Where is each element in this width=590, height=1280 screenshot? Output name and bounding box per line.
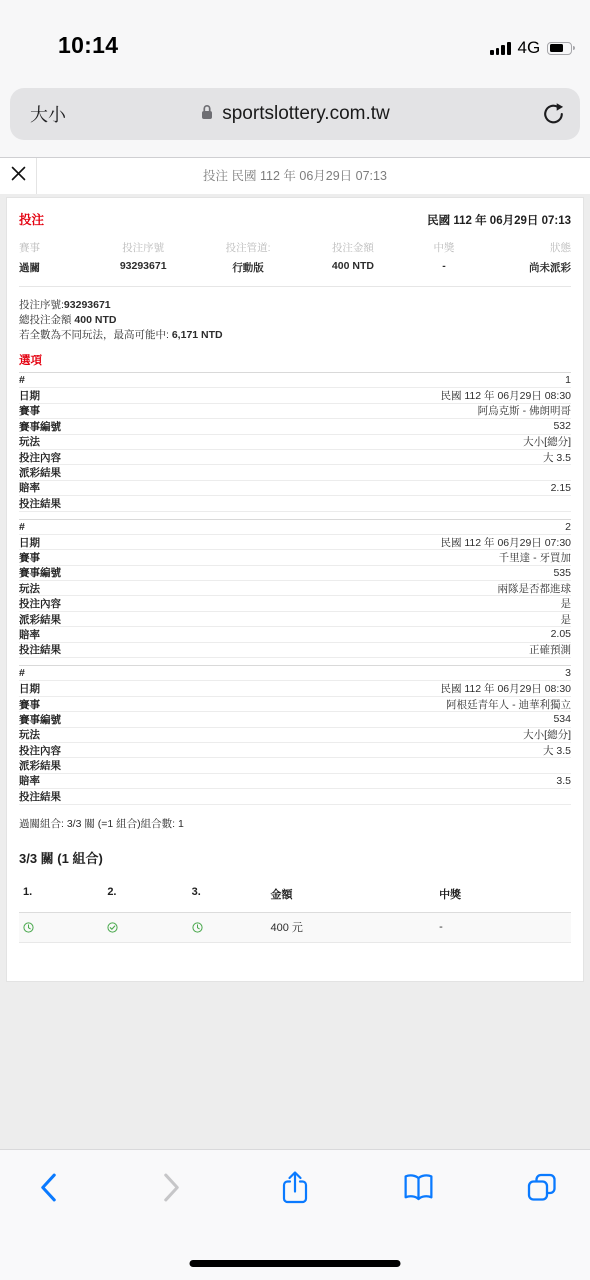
network-type-label: 4G	[518, 38, 541, 58]
selection-row: 派彩結果	[19, 758, 571, 773]
selection-row: 賽事阿烏克斯 - 佛朗明哥	[19, 404, 571, 419]
selection-row-label: #	[19, 374, 25, 386]
selection-row-value: 是	[561, 596, 572, 611]
selection-row-value: 民國 112 年 06月29日 07:30	[440, 535, 571, 550]
chevron-left-icon	[38, 1171, 59, 1209]
safari-top-chrome: 10:14 4G 大小 sportslottery.com.tw	[0, 0, 590, 158]
selection-row: 賽事編號534	[19, 712, 571, 727]
selection-row: 日期民國 112 年 06月29日 07:30	[19, 535, 571, 550]
selection-row-value: 2.05	[551, 628, 571, 640]
combo-column-header: 中獎	[439, 886, 567, 902]
chevron-right-icon	[161, 1171, 182, 1209]
lock-icon	[200, 103, 214, 126]
selection-row: #1	[19, 373, 571, 388]
selection-row-label: 日期	[19, 681, 40, 696]
selection-row: 賠率2.15	[19, 481, 571, 496]
selection-row: 玩法大小[總分]	[19, 728, 571, 743]
selection-row-label: 投注內容	[19, 743, 61, 758]
selection-row: 派彩結果是	[19, 612, 571, 627]
signal-strength-icon	[490, 42, 510, 55]
selection-row: 投注結果	[19, 496, 571, 511]
selection-row: 投注結果正確預測	[19, 643, 571, 658]
selection-row-label: 賽事	[19, 697, 40, 712]
selection-row: 賠率2.05	[19, 627, 571, 642]
combo-table-row: 400 元-	[19, 912, 571, 943]
bet-summary-table: 賽事 過關 投注序號 93293671 投注管道: 行動版 投注金額 400 N…	[19, 240, 571, 287]
share-button[interactable]	[275, 1170, 315, 1210]
summary-label: 投注金額	[301, 240, 406, 255]
selection-row-label: 賠率	[19, 773, 40, 788]
web-content: 投注 民國 112 年 06月29日 07:13 賽事 過關 投注序號 9329…	[0, 194, 590, 1150]
bookmarks-button[interactable]	[399, 1170, 439, 1210]
selection-row-label: 投注結果	[19, 496, 61, 511]
selection-row: #2	[19, 520, 571, 535]
combo-column-header: 3.	[192, 886, 271, 902]
combo-amount: 400 元	[271, 919, 440, 935]
combo-heading: 3/3 關 (1 組合)	[19, 848, 571, 867]
selection-row: #3	[19, 666, 571, 681]
selection-row-value: 正確預測	[529, 642, 571, 657]
selection-row-label: 玩法	[19, 581, 40, 596]
summary-label: 賽事	[19, 240, 91, 255]
selection-row-label: 派彩結果	[19, 612, 61, 627]
selection-row-value: 是	[561, 612, 572, 627]
selection-row-label: #	[19, 667, 25, 679]
summary-value: -	[405, 260, 482, 272]
selection-row-label: 賽事	[19, 403, 40, 418]
summary-value: 93293671	[91, 260, 196, 272]
selection-row-value: 民國 112 年 06月29日 08:30	[440, 388, 571, 403]
selection-row-value: 532	[553, 420, 571, 432]
safari-bottom-toolbar	[0, 1149, 590, 1280]
selection-row-label: 投注內容	[19, 596, 61, 611]
close-button[interactable]	[0, 158, 37, 194]
selection-row: 日期民國 112 年 06月29日 08:30	[19, 388, 571, 403]
combo-column-header: 2.	[107, 886, 191, 902]
selection-row: 投注內容大 3.5	[19, 450, 571, 465]
selection-row-value: 阿烏克斯 - 佛朗明哥	[478, 403, 571, 418]
summary-value: 行動版	[196, 260, 301, 275]
safari-mobile-screen: 10:14 4G 大小 sportslottery.com.tw	[0, 0, 590, 1280]
summary-column: 賽事 過關	[19, 240, 91, 275]
selection-section: #3日期民國 112 年 06月29日 08:30賽事阿根廷青年人 - 迪華利獨…	[19, 665, 571, 805]
selection-row-label: 賠率	[19, 480, 40, 495]
selection-row: 賽事千里達 - 牙買加	[19, 550, 571, 565]
summary-value: 尚未派彩	[483, 260, 571, 275]
page-header-bar: 投注 民國 112 年 06月29日 07:13	[0, 158, 590, 194]
tabs-icon	[526, 1172, 558, 1208]
summary-label: 投注序號	[91, 240, 196, 255]
status-icons: 4G	[490, 38, 575, 58]
summary-value: 400 NTD	[301, 260, 406, 272]
summary-value: 過關	[19, 260, 91, 275]
selection-row-label: 派彩結果	[19, 465, 61, 480]
selection-row: 派彩結果	[19, 465, 571, 480]
selection-row-label: 日期	[19, 388, 40, 403]
battery-icon	[547, 42, 575, 55]
clock-icon	[192, 922, 271, 933]
clock-icon	[23, 922, 107, 933]
selection-row-value: 大小[總分]	[523, 727, 571, 742]
selection-row-value: 3.5	[556, 775, 571, 787]
selection-row-label: #	[19, 521, 25, 533]
selection-row-label: 投注內容	[19, 450, 61, 465]
summary-label: 投注管道:	[196, 240, 301, 255]
summary-column: 投注管道: 行動版	[196, 240, 301, 275]
selection-row-label: 玩法	[19, 727, 40, 742]
selection-row-value: 535	[553, 567, 571, 579]
selection-row-value: 阿根廷青年人 - 迪華利獨立	[446, 697, 571, 712]
selection-row-value: 兩隊是否都進球	[498, 581, 572, 596]
selection-row-label: 日期	[19, 535, 40, 550]
selection-row-label: 派彩結果	[19, 758, 61, 773]
summary-column: 投注金額 400 NTD	[301, 240, 406, 275]
selection-row-value: 2.15	[551, 482, 571, 494]
selection-row: 玩法大小[總分]	[19, 435, 571, 450]
summary-label: 狀態	[483, 240, 571, 255]
check-circle-icon	[107, 922, 191, 933]
max-win-line: 若全數為不同玩法，最高可能中: 6,171 NTD	[19, 328, 571, 343]
summary-column: 投注序號 93293671	[91, 240, 196, 275]
selection-row-value: 2	[565, 521, 571, 533]
bet-header-row: 投注 民國 112 年 06月29日 07:13	[19, 210, 571, 228]
selection-row-value: 3	[565, 667, 571, 679]
selection-row-value: 大小[總分]	[523, 434, 571, 449]
selection-row: 賽事阿根廷青年人 - 迪華利獨立	[19, 697, 571, 712]
selection-row-value: 534	[553, 713, 571, 725]
options-title: 選項	[19, 352, 571, 372]
page-title: 投注 民國 112 年 06月29日 07:13	[40, 158, 550, 194]
selection-row-value: 1	[565, 374, 571, 386]
home-indicator[interactable]	[190, 1260, 401, 1267]
combo-win: -	[439, 921, 567, 933]
selection-row-label: 玩法	[19, 434, 40, 449]
selection-row: 投注結果	[19, 789, 571, 804]
selection-row-value: 千里達 - 牙買加	[499, 550, 571, 565]
bet-header-date: 民國 112 年 06月29日 07:13	[427, 212, 571, 228]
selection-row: 賽事編號532	[19, 419, 571, 434]
combo-column-header: 1.	[23, 886, 107, 902]
selection-row: 玩法兩隊是否都進球	[19, 581, 571, 596]
close-icon	[10, 165, 27, 187]
serial-line: 投注序號:93293671	[19, 298, 571, 313]
summary-column: 中獎 -	[405, 240, 482, 275]
combo-table-header: 1.2.3.金額中獎	[19, 882, 571, 912]
selection-row: 投注內容是	[19, 596, 571, 611]
selection-row-label: 賠率	[19, 627, 40, 642]
text-size-button[interactable]: 大小	[30, 101, 66, 127]
status-time: 10:14	[58, 32, 118, 59]
combo-summary-line: 過關組合: 3/3 關 (=1 組合)組合數: 1	[19, 816, 571, 831]
share-icon	[280, 1169, 310, 1211]
selection-row: 賠率3.5	[19, 774, 571, 789]
forward-button[interactable]	[152, 1170, 192, 1210]
selection-row-label: 賽事編號	[19, 712, 61, 727]
combo-column-header: 金額	[271, 886, 440, 902]
selection-row: 賽事編號535	[19, 566, 571, 581]
selection-row: 日期民國 112 年 06月29日 08:30	[19, 681, 571, 696]
bet-summary-lines: 投注序號:93293671 總投注金額 400 NTD 若全數為不同玩法，最高可…	[19, 298, 571, 343]
selection-row-value: 民國 112 年 06月29日 08:30	[440, 681, 571, 696]
summary-column: 狀態 尚未派彩	[483, 240, 571, 275]
selection-row-label: 賽事編號	[19, 565, 61, 580]
selection-row-label: 投注結果	[19, 789, 61, 804]
book-icon	[401, 1173, 436, 1207]
selection-section: #2日期民國 112 年 06月29日 07:30賽事千里達 - 牙買加賽事編號…	[19, 519, 571, 659]
url-domain: sportslottery.com.tw	[222, 103, 390, 125]
selection-row-value: 大 3.5	[543, 743, 571, 758]
bet-ticket-card: 投注 民國 112 年 06月29日 07:13 賽事 過關 投注序號 9329…	[6, 197, 584, 982]
url-display: sportslottery.com.tw	[200, 103, 390, 126]
selections-list: #1日期民國 112 年 06月29日 08:30賽事阿烏克斯 - 佛朗明哥賽事…	[19, 372, 571, 805]
selection-row-label: 賽事編號	[19, 419, 61, 434]
tabs-button[interactable]	[522, 1170, 562, 1210]
selection-row-label: 投注結果	[19, 642, 61, 657]
total-line: 總投注金額 400 NTD	[19, 313, 571, 328]
combo-table: 1.2.3.金額中獎 400 元-	[19, 882, 571, 943]
bet-section-title: 投注	[19, 210, 44, 228]
selection-row: 投注內容大 3.5	[19, 743, 571, 758]
reload-button[interactable]	[541, 102, 565, 126]
selection-row-value: 大 3.5	[543, 450, 571, 465]
selection-row-label: 賽事	[19, 550, 40, 565]
back-button[interactable]	[28, 1170, 68, 1210]
selection-section: #1日期民國 112 年 06月29日 08:30賽事阿烏克斯 - 佛朗明哥賽事…	[19, 372, 571, 512]
address-bar[interactable]: 大小 sportslottery.com.tw	[10, 88, 580, 140]
summary-label: 中獎	[405, 240, 482, 255]
